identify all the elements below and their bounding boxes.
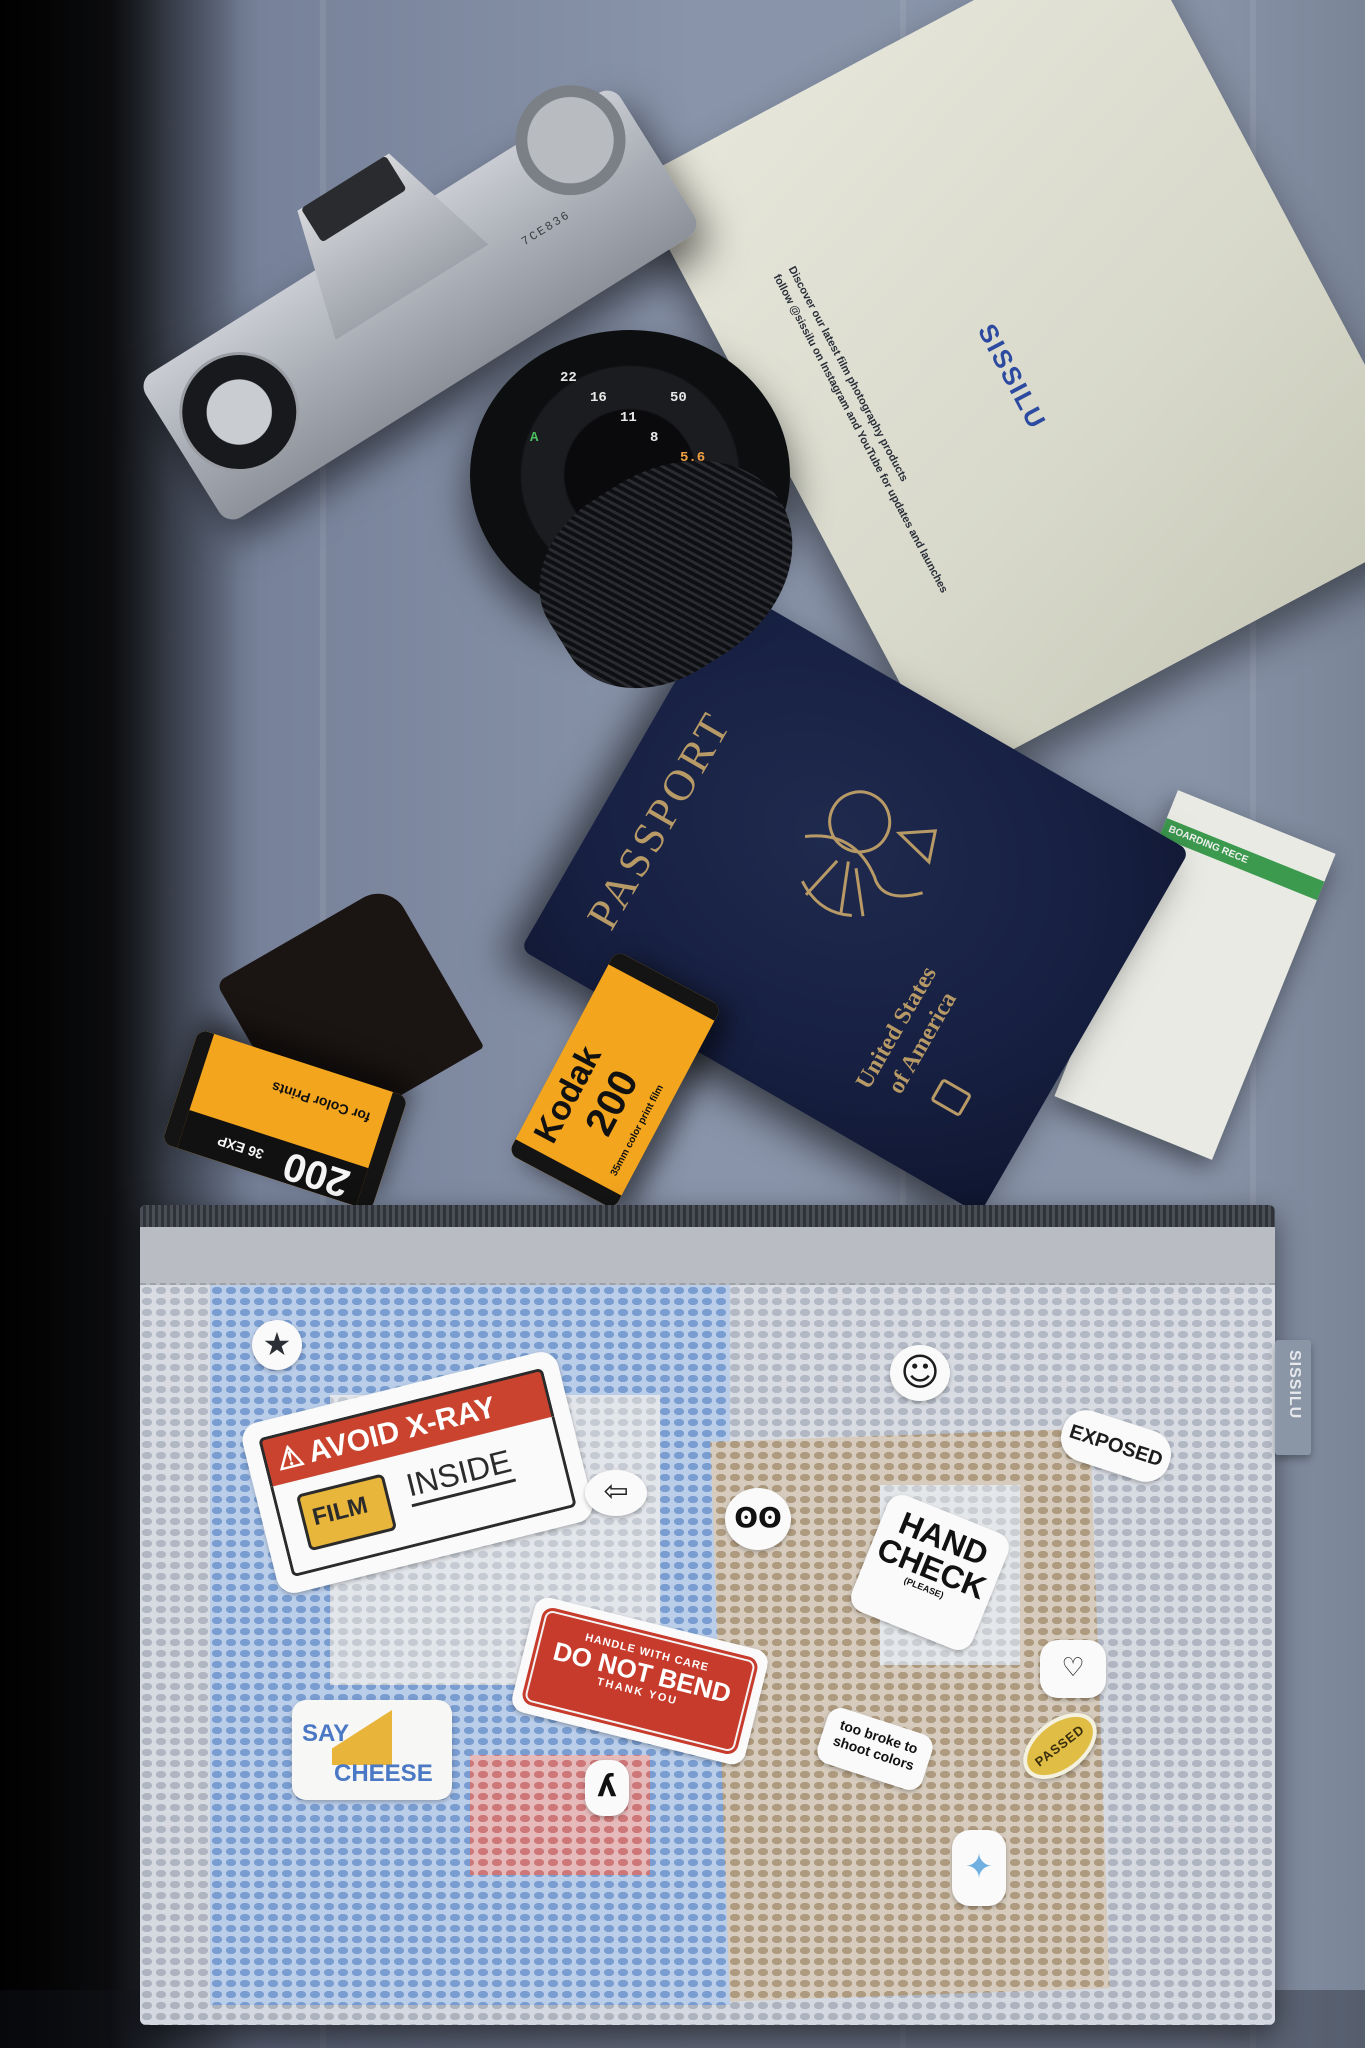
eyes-icon: ʘʘ xyxy=(725,1488,791,1550)
squiggle-icon: ʎ xyxy=(585,1760,629,1816)
sticker-cheese-text: CHEESE xyxy=(334,1760,433,1788)
warning-icon: ⚠ xyxy=(273,1438,308,1478)
sticker-say-text: SAY xyxy=(302,1720,349,1748)
sticker-say-cheese: SAY CHEESE xyxy=(292,1700,452,1800)
card-brand: SISSILU xyxy=(971,319,1052,435)
photo-scene: SISSILU Discover our latest film photogr… xyxy=(0,0,1365,2048)
canister-cap xyxy=(508,1139,621,1209)
card-line-1: Discover our latest film photography pro… xyxy=(786,264,910,483)
card-line-2: follow @sissilu on Instagram and YouTube… xyxy=(771,272,950,595)
eagle-seal-icon xyxy=(753,749,980,973)
pouch-side-tag-label: SISSILU xyxy=(1285,1350,1303,1419)
lens-marking: 11 xyxy=(620,410,637,426)
heart-bubble-icon: ♡ xyxy=(1040,1640,1106,1698)
biometric-chip-icon xyxy=(930,1078,972,1118)
pouch-side-tag: SISSILU xyxy=(1275,1340,1311,1455)
smiley-icon: ☺ xyxy=(890,1345,950,1401)
lens-marking: 8 xyxy=(650,430,658,446)
lens-marking: 16 xyxy=(590,390,607,406)
pouch-band xyxy=(140,1227,1275,1285)
lens-marking: 22 xyxy=(560,370,577,386)
lens-marking: 50 xyxy=(670,390,687,406)
lens-marking: A xyxy=(530,430,538,446)
sticker-film-text: FILM xyxy=(310,1492,371,1532)
film-speed: 200 xyxy=(278,1142,355,1205)
mesh-pouch xyxy=(140,1205,1275,2025)
passport-title: PASSPORT xyxy=(576,702,742,938)
film-canister-icon: FILM xyxy=(296,1473,397,1551)
star-icon: ★ xyxy=(252,1320,302,1370)
film-canister-kodak: Kodak 200 35mm color print film xyxy=(508,950,722,1209)
cursor-arrow-icon: ⇦ xyxy=(585,1470,647,1516)
sparkle-icon: ✦ xyxy=(952,1830,1006,1906)
sticker-inside-text: INSIDE xyxy=(403,1443,516,1508)
pouch-zipper xyxy=(140,1205,1275,1227)
film-caption: for Color Prints xyxy=(270,1079,373,1126)
